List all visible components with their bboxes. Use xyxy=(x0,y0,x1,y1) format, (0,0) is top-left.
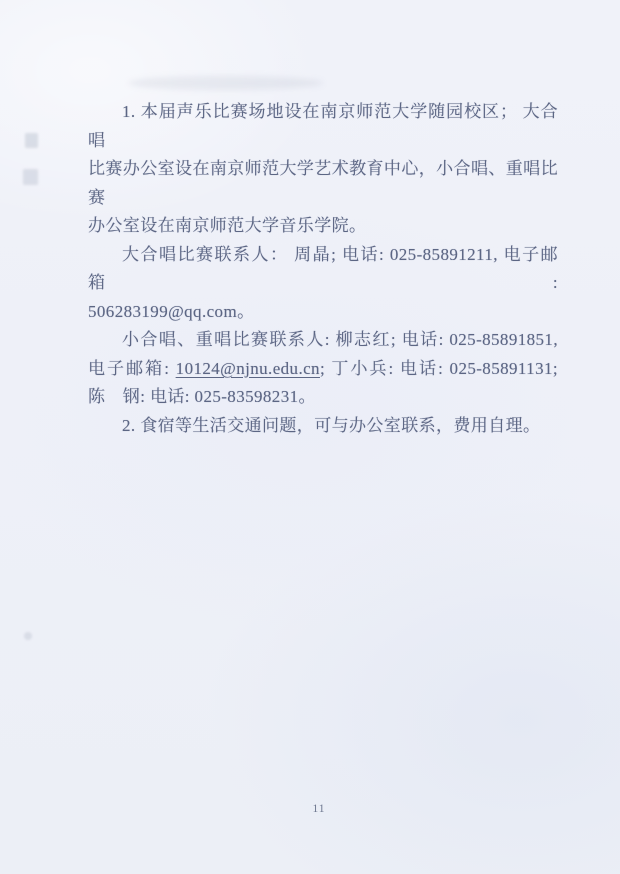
document-body: 1. 本届声乐比赛场地设在南京师范大学随园校区； 大合唱比赛办公室设在南京师范大… xyxy=(88,98,558,440)
scan-artifact-mark xyxy=(24,632,32,640)
scanned-document-page: 1. 本届声乐比赛场地设在南京师范大学随园校区； 大合唱比赛办公室设在南京师范大… xyxy=(0,0,620,874)
text-segment: 小合唱、重唱比赛联系人: 柳志红; 电话: 025-85891851, xyxy=(122,330,558,349)
text-segment: 506283199@qq.com。 xyxy=(88,302,254,321)
document-line-para4-line1: 2. 食宿等生活交通问题，可与办公室联系，费用自理。 xyxy=(88,412,558,441)
scan-showthrough-smudge xyxy=(128,76,323,90)
document-line-para3-line2: 电子邮箱: 10124@njnu.edu.cn; 丁小兵: 电话: 025-85… xyxy=(88,355,558,384)
document-line-para1-line2: 比赛办公室设在南京师范大学艺术教育中心，小合唱、重唱比赛 xyxy=(88,155,558,212)
document-line-para2-line1: 大合唱比赛联系人： 周晶; 电话: 025-85891211, 电子邮箱: xyxy=(88,241,558,298)
text-segment: 2. 食宿等生活交通问题，可与办公室联系，费用自理。 xyxy=(122,416,540,435)
text-segment: 大合唱比赛联系人： 周晶; 电话: 025-85891211, 电子邮箱: xyxy=(88,245,558,293)
scan-artifact-mark xyxy=(23,169,38,185)
text-segment: 电子邮箱: xyxy=(88,359,176,378)
email-address-text: 10124@njnu.edu.cn xyxy=(176,359,320,378)
document-line-para2-line2: 506283199@qq.com。 xyxy=(88,298,558,327)
page-number: 11 xyxy=(9,803,620,815)
document-line-para1-line3: 办公室设在南京师范大学音乐学院。 xyxy=(88,212,558,241)
text-segment: 比赛办公室设在南京师范大学艺术教育中心，小合唱、重唱比赛 xyxy=(88,159,558,207)
text-segment: 办公室设在南京师范大学音乐学院。 xyxy=(88,216,366,235)
document-line-para3-line3: 陈 钢: 电话: 025-83598231。 xyxy=(88,383,558,412)
text-segment: 陈 钢: 电话: 025-83598231。 xyxy=(88,387,316,406)
document-line-para1-line1: 1. 本届声乐比赛场地设在南京师范大学随园校区； 大合唱 xyxy=(88,98,558,155)
text-segment: 1. 本届声乐比赛场地设在南京师范大学随园校区； 大合唱 xyxy=(88,102,558,150)
scan-artifact-mark xyxy=(25,133,38,148)
text-segment: ; 丁小兵: 电话: 025-85891131; xyxy=(320,359,558,378)
document-line-para3-line1: 小合唱、重唱比赛联系人: 柳志红; 电话: 025-85891851, xyxy=(88,326,558,355)
